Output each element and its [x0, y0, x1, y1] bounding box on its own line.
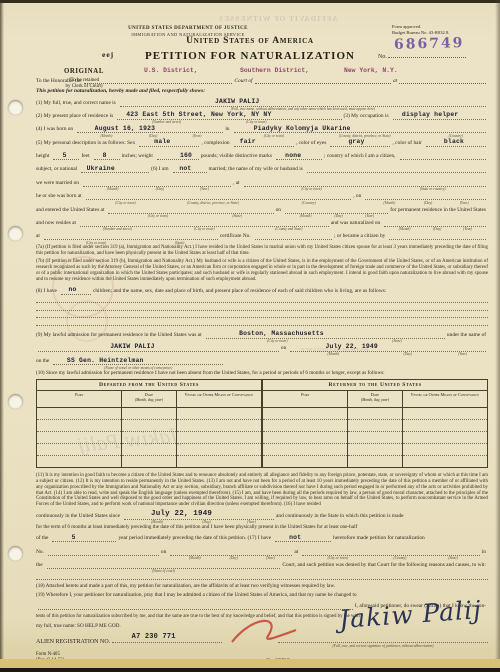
field-label: year period immediately preceding the da… [118, 535, 273, 542]
date-header-sub: (Month, day, year) [123, 398, 174, 403]
petition-line-prior-no: No. on (Month) (Day) (Year) at (City or … [36, 547, 488, 556]
empty-cell [348, 408, 401, 420]
empty-cell [263, 420, 347, 432]
typed-sex: male [154, 138, 170, 145]
spouse-birthplace-blank: (City or town) (County, district, provin… [86, 191, 352, 200]
country-heading: United States of America [120, 36, 380, 46]
court-of-blank [255, 76, 391, 84]
typed-hair-color: black [444, 138, 464, 145]
field-label: for permanent residence in the United St… [390, 207, 488, 214]
field-label: (6) I am [151, 166, 170, 173]
vessel-column: Vessel or Other Means of Conveyance [403, 391, 487, 467]
inches-blank: 8 [94, 151, 120, 160]
empty-cell [122, 408, 175, 420]
punch-hole [8, 100, 23, 115]
field-label: , on [353, 193, 363, 200]
field-label: (9) My lawful admission for permanent re… [36, 332, 204, 339]
field-label: of the [36, 535, 50, 542]
admission-name-blank: JAKIW PALIJ [38, 343, 279, 352]
naturalization-place-blank: (City or town) (State) [44, 231, 218, 240]
children-blank-line [36, 304, 488, 311]
sub-label: (City or town) [86, 240, 106, 247]
spouse-birthdate-blank: (Month) (Day) (Year) [365, 191, 486, 200]
departed-header: Departed from the United States [37, 380, 261, 391]
typed-full-name: JAKIW PALIJ [215, 98, 259, 105]
empty-cell [37, 432, 121, 444]
empty-cell [177, 432, 261, 444]
citizen-by-blank [389, 231, 486, 240]
spouse-naturalized-date-blank: (Month) (Day) (Year) [384, 218, 486, 227]
marriage-place-blank: (City or town) (State or country) [244, 178, 486, 187]
scan-edge-bottom [0, 668, 500, 672]
empty-cell [122, 456, 175, 467]
form-header: UNITED STATES DEPARTMENT OF JUSTICE IMMI… [0, 0, 500, 86]
empty-cell [403, 432, 487, 444]
typed-court-city: New York, N.Y. [344, 67, 398, 74]
field-label: feet [81, 153, 91, 160]
typed-not: not [179, 165, 191, 172]
petition-line-4: (4) I was born on August 16, 1923 (Month… [36, 124, 488, 133]
sub-label: (Day) [202, 519, 210, 526]
field-label: inches; weight [122, 153, 155, 160]
empty-cell [348, 432, 401, 444]
field-label: certificate No. [220, 233, 253, 240]
vessel-blank: SS Gen. Heintzelman (Name of vessel or o… [53, 356, 223, 365]
empty-cell [403, 456, 487, 467]
petition-line-19: (19) Wherefore I, your petitioner for na… [36, 592, 488, 598]
petition-line-spouse-entered: and entered the United States at (City o… [36, 205, 488, 214]
absence-table: Departed from the United States Port Dat… [36, 379, 488, 468]
red-pen-mark [230, 612, 300, 646]
petition-line-9b: JAKIW PALIJ on July 22, 1949 (Month) (Da… [36, 343, 488, 352]
petition-line-prior-court: the (Name of court) Court, and such peti… [36, 560, 488, 569]
field-label: married; the name of my wife or husband … [209, 166, 305, 173]
prior-date-blank: (Month) (Day) (Year) [170, 547, 292, 556]
petition-line-spouse-born: he or she was born at (City or town) (Co… [36, 191, 488, 200]
field-label: Court, and such petition was denied by t… [282, 562, 488, 569]
form-number-label: Form N-405 [36, 652, 60, 657]
field-label: children; and the name, sex, date and pl… [93, 288, 388, 295]
copy-designation: ORIGINAL (To be retained by Clerk of Cou… [44, 60, 124, 90]
sub-label: (Month) [151, 519, 163, 526]
typed-feet: 5 [63, 152, 67, 159]
empty-cell [263, 456, 347, 467]
field-label: , at [233, 180, 242, 187]
residence-since-blank: July 22, 1949 (Month) (Day) (Year) [124, 511, 274, 520]
petition-line-continuous: continuously in the United States since … [36, 511, 488, 520]
vessel-column-header: Vessel or Other Means of Conveyance [177, 391, 261, 408]
typed-residence: 423 East 5th Street, New York, NY NY [126, 111, 271, 118]
prior-court-blank: (Name of court) [47, 560, 281, 569]
occupation-blank: display helper [393, 111, 486, 120]
date-column-header: Date(Month, day, year) [122, 391, 175, 408]
eyes-blank: gray [330, 138, 390, 147]
field-label: in [225, 126, 231, 133]
date-column: Date(Month, day, year) [122, 391, 176, 467]
married-blank: not [173, 164, 207, 173]
petition-body: This petition for naturalization, hereby… [36, 88, 488, 632]
paragraph-11-16: (11) It is my intention in good faith to… [36, 473, 488, 508]
scan-edge-top [0, 0, 500, 3]
field-label: height [36, 153, 51, 160]
reasons-blank-line [36, 573, 488, 580]
feet-blank: 5 [53, 151, 79, 160]
empty-cell [37, 408, 121, 420]
empty-cell [122, 432, 175, 444]
empty-cell [263, 444, 347, 456]
children-blank-line [36, 312, 488, 319]
date-header-label: Date [145, 392, 154, 397]
field-label: (8) I have [36, 288, 59, 295]
punch-hole [8, 546, 23, 561]
vessel-column: Vessel or Other Means of Conveyance [177, 391, 261, 467]
petition-line-9: (9) My lawful admission for permanent re… [36, 330, 488, 339]
residence-blank: 423 East 5th Street, New York, NY NY (Nu… [117, 111, 341, 120]
petition-line-5: (5) My personal description is as follow… [36, 138, 488, 147]
field-label: subject, or national [36, 166, 79, 173]
petition-intro: This petition for naturalization, hereby… [36, 88, 488, 94]
typed-court-name: U.S. District, [144, 67, 198, 74]
spouse-entry-date-blank: (Month) (Day) (Year) [285, 205, 388, 214]
field-label: under the name of [447, 332, 488, 339]
sex-blank: male [139, 138, 199, 147]
typed-year-period: 5 [72, 534, 76, 541]
weight-blank: 160 [157, 151, 199, 160]
empty-cell [348, 456, 401, 467]
typed-admission-date: July 22, 1949 [326, 343, 378, 350]
number-label: No. [378, 54, 387, 60]
field-label: (3) My occupation is [344, 113, 391, 120]
complexion-blank: fair [234, 138, 294, 147]
budget-bureau-number: Budget Bureau No. 43-R032.8. [392, 30, 449, 35]
field-label: the [36, 562, 45, 569]
spouse-residence-blank: (Number and street) (City or town) (Coun… [80, 218, 329, 227]
field-label: (5) My personal description is as follow… [36, 140, 137, 147]
typed-not-heretofore: not [289, 534, 301, 541]
field-label: we were married on [36, 180, 81, 187]
marks-blank: none [276, 151, 322, 160]
alien-registration: ALIEN REGISTRATION NO. A7 230 771 [36, 634, 222, 645]
field-label: (4) I was born on [36, 126, 75, 133]
petition-number-stamp: 686749 [394, 35, 465, 53]
field-label: and entered the United States at [36, 207, 106, 214]
admission-port-blank: Boston, Massachusetts (City or town) (St… [206, 330, 445, 339]
signature-line [278, 632, 488, 643]
year-period-blank: 5 [52, 533, 116, 542]
typed-marks: none [285, 152, 301, 159]
date-column-header: Date(Month, day, year) [348, 391, 401, 408]
petition-line-height: height 5 feet 8 inches; weight 160 pound… [36, 151, 488, 160]
empty-cell [348, 420, 401, 432]
returned-section: Returned to the United States Port Date(… [263, 380, 487, 467]
punch-hole [8, 226, 23, 241]
date-header-sub: (Month, day, year) [349, 398, 400, 403]
field-label: , color of eyes [296, 140, 329, 147]
paragraph-7b: (7b) (If petition is filed under section… [36, 259, 488, 282]
typed-occupation: display helper [402, 111, 459, 118]
empty-cell [177, 420, 261, 432]
typed-alien-number: A7 230 771 [132, 633, 176, 641]
scan-edge-left [0, 0, 4, 672]
field-label: continuously in the United States since [36, 513, 122, 520]
sub-label: (State) [175, 240, 185, 247]
children-count-blank: no [61, 286, 91, 295]
budget-approval: Form approved. Budget Bureau No. 43-R032… [392, 24, 449, 35]
field-label: on the [36, 358, 51, 365]
form-title: PETITION FOR NATURALIZATION [100, 50, 400, 62]
alien-number-blank: A7 230 771 [112, 634, 222, 643]
signature-block: (Full, true, and correct signature of pe… [278, 632, 488, 648]
field-label: in [482, 549, 488, 556]
typed-birthdate: August 16, 1923 [95, 125, 156, 132]
empty-cell [403, 408, 487, 420]
name-change-blank [38, 601, 353, 610]
honorable-label: To the Honorable the [36, 78, 82, 84]
empty-cell [122, 420, 175, 432]
empty-cell [177, 444, 261, 456]
port-column-header: Port [263, 391, 347, 408]
prior-place-blank: (City or town) (County) (State) [302, 547, 480, 556]
typed-eye-color: gray [348, 138, 364, 145]
spouse-name-blank [307, 164, 486, 173]
typed-children: no [68, 286, 76, 293]
original-label: ORIGINAL [64, 68, 104, 75]
petition-line-term: for the term of 6 months at least immedi… [36, 524, 488, 530]
typed-weight: 160 [180, 152, 192, 159]
hair-blank: black [426, 138, 486, 147]
field-label: he or she was born at [36, 193, 84, 200]
empty-cell [403, 444, 487, 456]
field-label: on [276, 207, 283, 214]
petition-line-17: of the 5 year period immediately precedi… [36, 533, 488, 542]
empty-cell [177, 408, 261, 420]
field-label: (1) My full, true, and correct name is [36, 100, 118, 107]
empty-cell [37, 444, 121, 456]
honorable-court-line: To the Honorable the Court of at [36, 76, 488, 84]
punch-hole [8, 394, 23, 409]
date-column: Date(Month, day, year) [348, 391, 402, 467]
form-approved-label: Form approved. [392, 24, 421, 29]
empty-cell [403, 420, 487, 432]
at-label: at [393, 78, 397, 84]
typed-citizenship: Ukraine [87, 165, 115, 172]
petition-line-certificate: at (City or town) (State) certificate No… [36, 231, 488, 240]
port-column: Port [263, 391, 348, 467]
prior-number-blank [48, 547, 159, 556]
departed-section: Departed from the United States Port Dat… [37, 380, 263, 467]
agency-line1: UNITED STATES DEPARTMENT OF JUSTICE [128, 26, 248, 31]
empty-cell [263, 432, 347, 444]
port-column: Port [37, 391, 122, 467]
field-label: at [36, 233, 42, 240]
admission-date-blank: July 22, 1949 (Month) (Day) (Year) [290, 343, 486, 352]
typed-vessel: SS Gen. Heintzelman [67, 357, 144, 364]
sub-label: (Year) [247, 519, 256, 526]
sub-label: (Name of vessel or other means of convey… [104, 365, 172, 372]
typed-admission-name: JAKIW PALIJ [110, 343, 154, 350]
field-label: on [281, 345, 288, 352]
petition-line-8: (8) I have no children; and the name, se… [36, 286, 488, 295]
returned-header: Returned to the United States [263, 380, 487, 391]
field-label: on [161, 549, 168, 556]
petition-line-18: (18) Attached hereto and made a part of … [36, 583, 488, 589]
typed-inches: 8 [103, 152, 107, 159]
scan-edge-right [495, 0, 500, 672]
field-label: and was naturalized on [331, 220, 383, 227]
court-name-blank [84, 76, 233, 84]
petition-line-married: we were married on (Month) (Day) (Year) … [36, 178, 488, 187]
empty-cell [37, 456, 121, 467]
field-label: at [294, 549, 300, 556]
scan-strip-bottom [0, 659, 500, 668]
empty-cell [37, 420, 121, 432]
typed-admission-port: Boston, Massachusetts [239, 330, 324, 337]
spouse-entry-port-blank: (City or town) (State) [108, 205, 273, 214]
empty-cell [122, 444, 175, 456]
scanned-petition-page: AFFIDAVIT OF WITNESSES OATH OF ALLEGIANC… [0, 0, 500, 672]
port-column-header: Port [37, 391, 121, 408]
sub-label: (Name of court) [152, 568, 175, 575]
court-of-label: Court of [234, 78, 252, 84]
birthplace-blank: Piadyky Kolomyja Ukarine (City or town) … [234, 124, 486, 133]
empty-cell [263, 408, 347, 420]
at-blank [399, 76, 486, 84]
citizenship-blank: Ukraine [81, 164, 149, 173]
certificate-number-blank [255, 231, 332, 240]
empty-cell [177, 456, 261, 467]
alien-registration-label: ALIEN REGISTRATION NO. [36, 639, 110, 645]
birthdate-blank: August 16, 1923 (Month) (Day) (Year) [77, 124, 223, 133]
field-label: heretofore made petition for naturalizat… [333, 535, 427, 542]
children-blank-line [36, 319, 488, 326]
petition-line-1: (1) My full, true, and correct name is J… [36, 98, 488, 107]
field-label: and continuously in the State in which t… [276, 513, 406, 520]
marriage-date-blank: (Month) (Day) (Year) [83, 178, 231, 187]
field-label: ; country of which I am a citizen, [324, 153, 398, 160]
field-label: , color of hair [392, 140, 423, 147]
typed-district: Southern District, [240, 67, 309, 74]
petition-line-9c: on the SS Gen. Heintzelman (Name of vess… [36, 356, 488, 365]
petition-line-spouse-resides: and now resides at (Number and street) (… [36, 218, 488, 227]
field-label: No. [36, 549, 46, 556]
vessel-column-header: Vessel or Other Means of Conveyance [403, 391, 487, 408]
petition-line-6: subject, or national Ukraine (6) I am no… [36, 164, 488, 173]
signature-sub-label: (Full, true, and correct signature of pe… [278, 644, 488, 648]
heretofore-blank: not [275, 533, 331, 542]
field-label: (2) My present place of residence is [36, 113, 115, 120]
children-blank-line [36, 297, 488, 304]
typed-complexion: fair [240, 138, 256, 145]
date-header-label: Date [371, 392, 380, 397]
empty-cell [348, 444, 401, 456]
field-label: and now resides at [36, 220, 78, 227]
petition-line-2-3: (2) My present place of residence is 423… [36, 111, 488, 120]
field-label: pounds; visible distinctive marks [201, 153, 274, 160]
filler-blank [400, 151, 486, 160]
field-label: ; or became a citizen by [334, 233, 387, 240]
typed-birthplace: Piadyky Kolomyja Ukarine [254, 125, 351, 132]
field-label: , complexion [201, 140, 231, 147]
name-blank: JAKIW PALIJ (Full, true name, without ab… [120, 98, 486, 107]
typed-residence-since: July 22, 1949 [151, 511, 212, 518]
